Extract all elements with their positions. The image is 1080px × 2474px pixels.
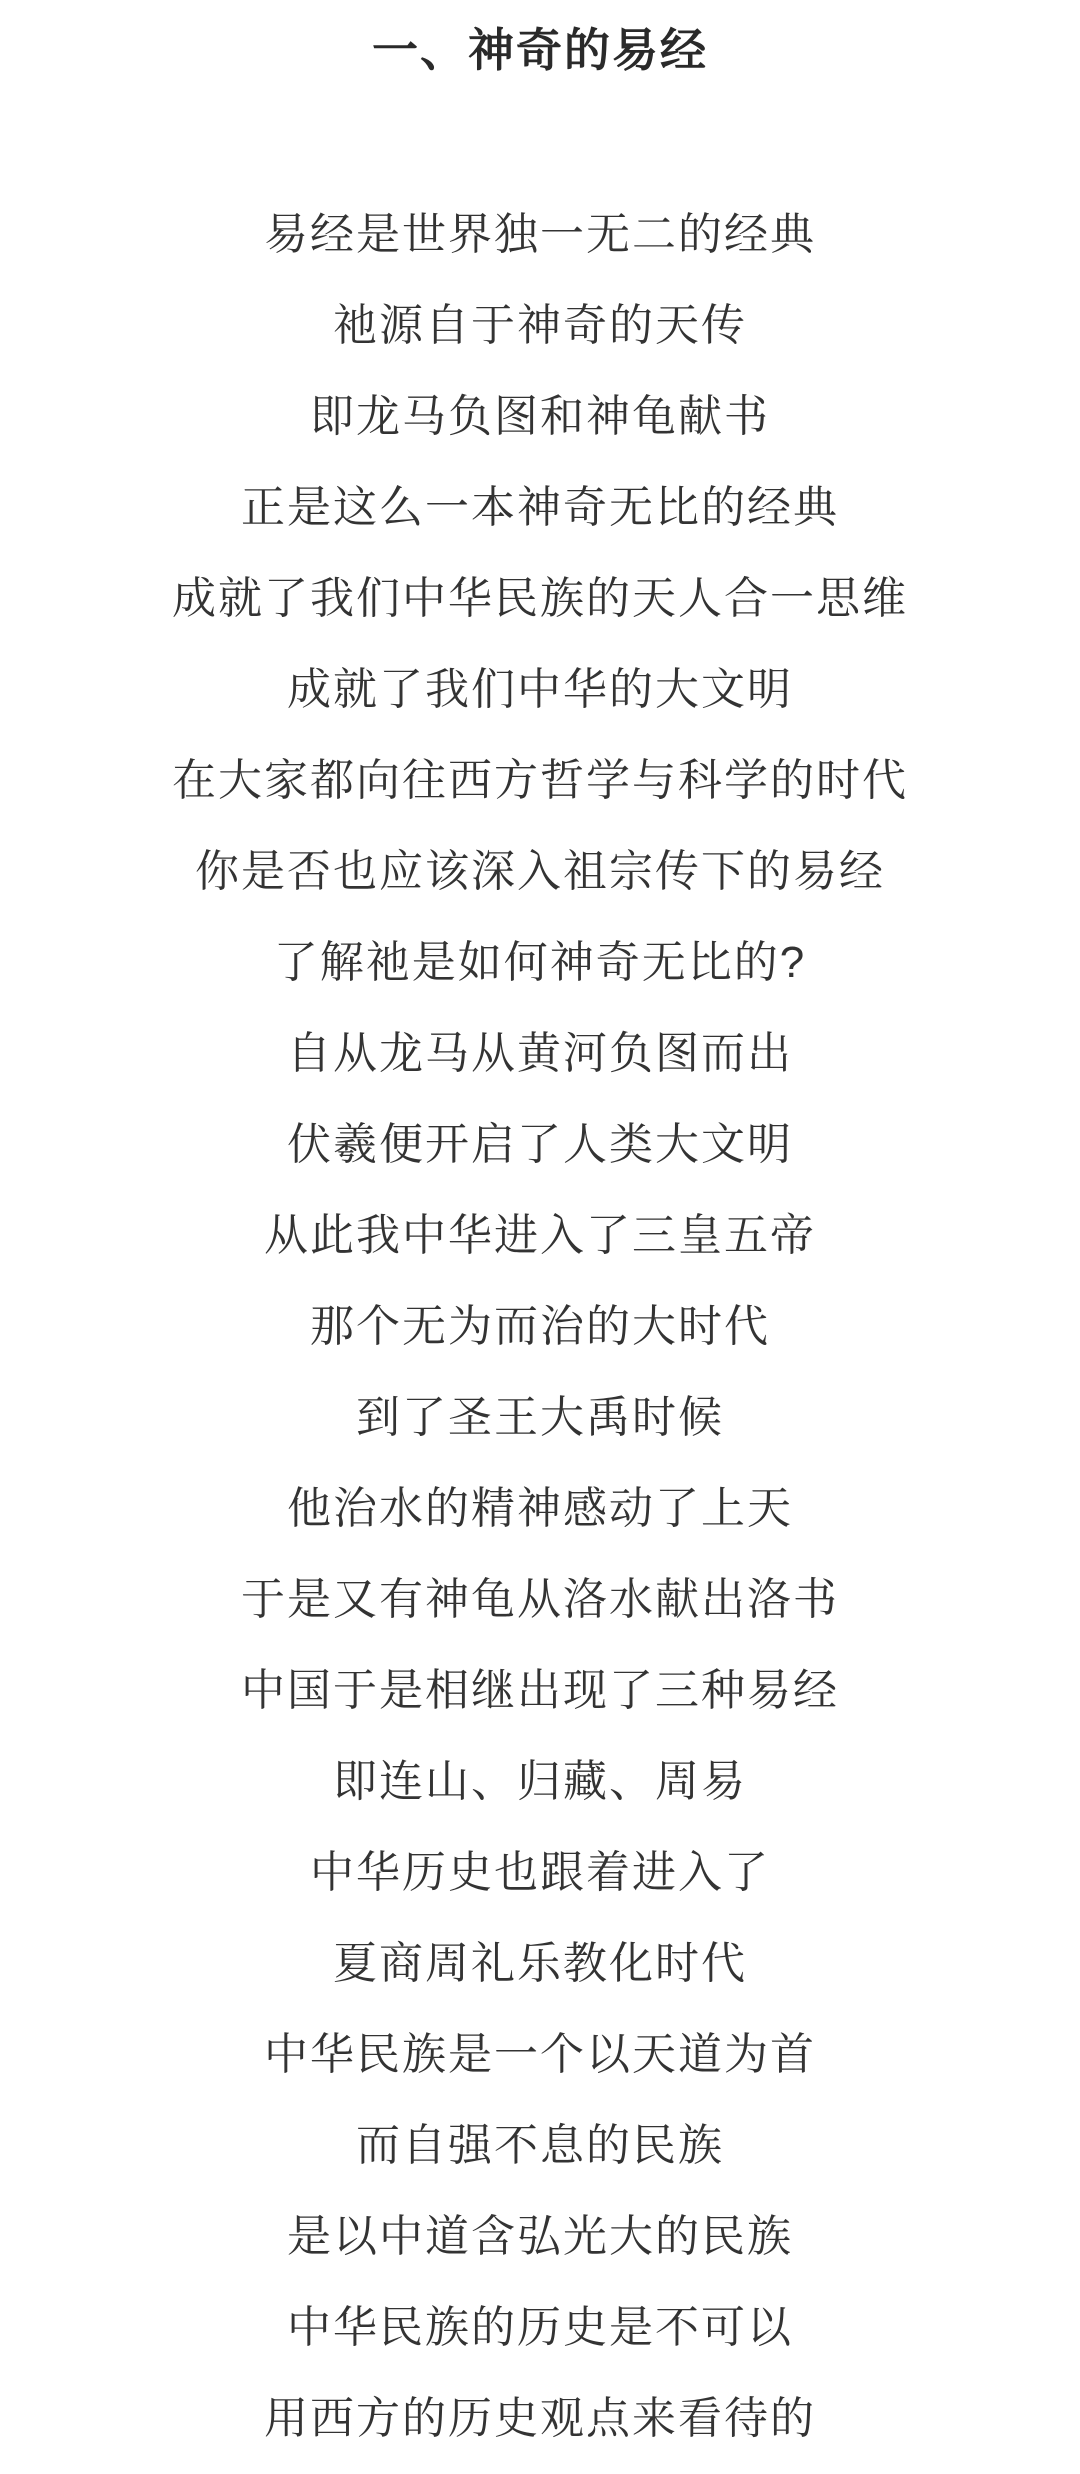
poem-line: 自从龙马从黄河负图而出 <box>0 1008 1080 1099</box>
poem-line: 于是又有神龟从洛水献出洛书 <box>0 1554 1080 1645</box>
poem-line: 中华历史也跟着进入了 <box>0 1827 1080 1918</box>
poem-line: 你是否也应该深入祖宗传下的易经 <box>0 826 1080 917</box>
poem-line: 易经是世界独一无二的经典 <box>0 189 1080 280</box>
poem-line: 夏商周礼乐教化时代 <box>0 1918 1080 2009</box>
poem-line: 中国于是相继出现了三种易经 <box>0 1645 1080 1736</box>
article-title: 一、神奇的易经 <box>0 20 1080 80</box>
poem-line: 用西方的历史观点来看待的 <box>0 2373 1080 2464</box>
poem-line: 祂源自于神奇的天传 <box>0 280 1080 371</box>
poem-line: 那个无为而治的大时代 <box>0 1281 1080 1372</box>
poem-line: 他治水的精神感动了上天 <box>0 1463 1080 1554</box>
poem-line: 即连山、归藏、周易 <box>0 1736 1080 1827</box>
poem-line: 即龙马负图和神龟献书 <box>0 371 1080 462</box>
poem-line: 是以中道含弘光大的民族 <box>0 2191 1080 2282</box>
poem-body: 易经是世界独一无二的经典祂源自于神奇的天传即龙马负图和神龟献书正是这么一本神奇无… <box>0 189 1080 2464</box>
poem-line: 中华民族是一个以天道为首 <box>0 2009 1080 2100</box>
poem-line: 中华民族的历史是不可以 <box>0 2282 1080 2373</box>
poem-line: 伏羲便开启了人类大文明 <box>0 1099 1080 1190</box>
poem-line: 正是这么一本神奇无比的经典 <box>0 462 1080 553</box>
poem-line: 了解祂是如何神奇无比的? <box>0 917 1080 1008</box>
poem-line: 而自强不息的民族 <box>0 2100 1080 2191</box>
poem-line: 成就了我们中华民族的天人合一思维 <box>0 553 1080 644</box>
poem-line: 从此我中华进入了三皇五帝 <box>0 1190 1080 1281</box>
poem-line: 到了圣王大禹时候 <box>0 1372 1080 1463</box>
poem-line: 在大家都向往西方哲学与科学的时代 <box>0 735 1080 826</box>
article-page: 一、神奇的易经 易经是世界独一无二的经典祂源自于神奇的天传即龙马负图和神龟献书正… <box>0 0 1080 2474</box>
poem-line: 成就了我们中华的大文明 <box>0 644 1080 735</box>
